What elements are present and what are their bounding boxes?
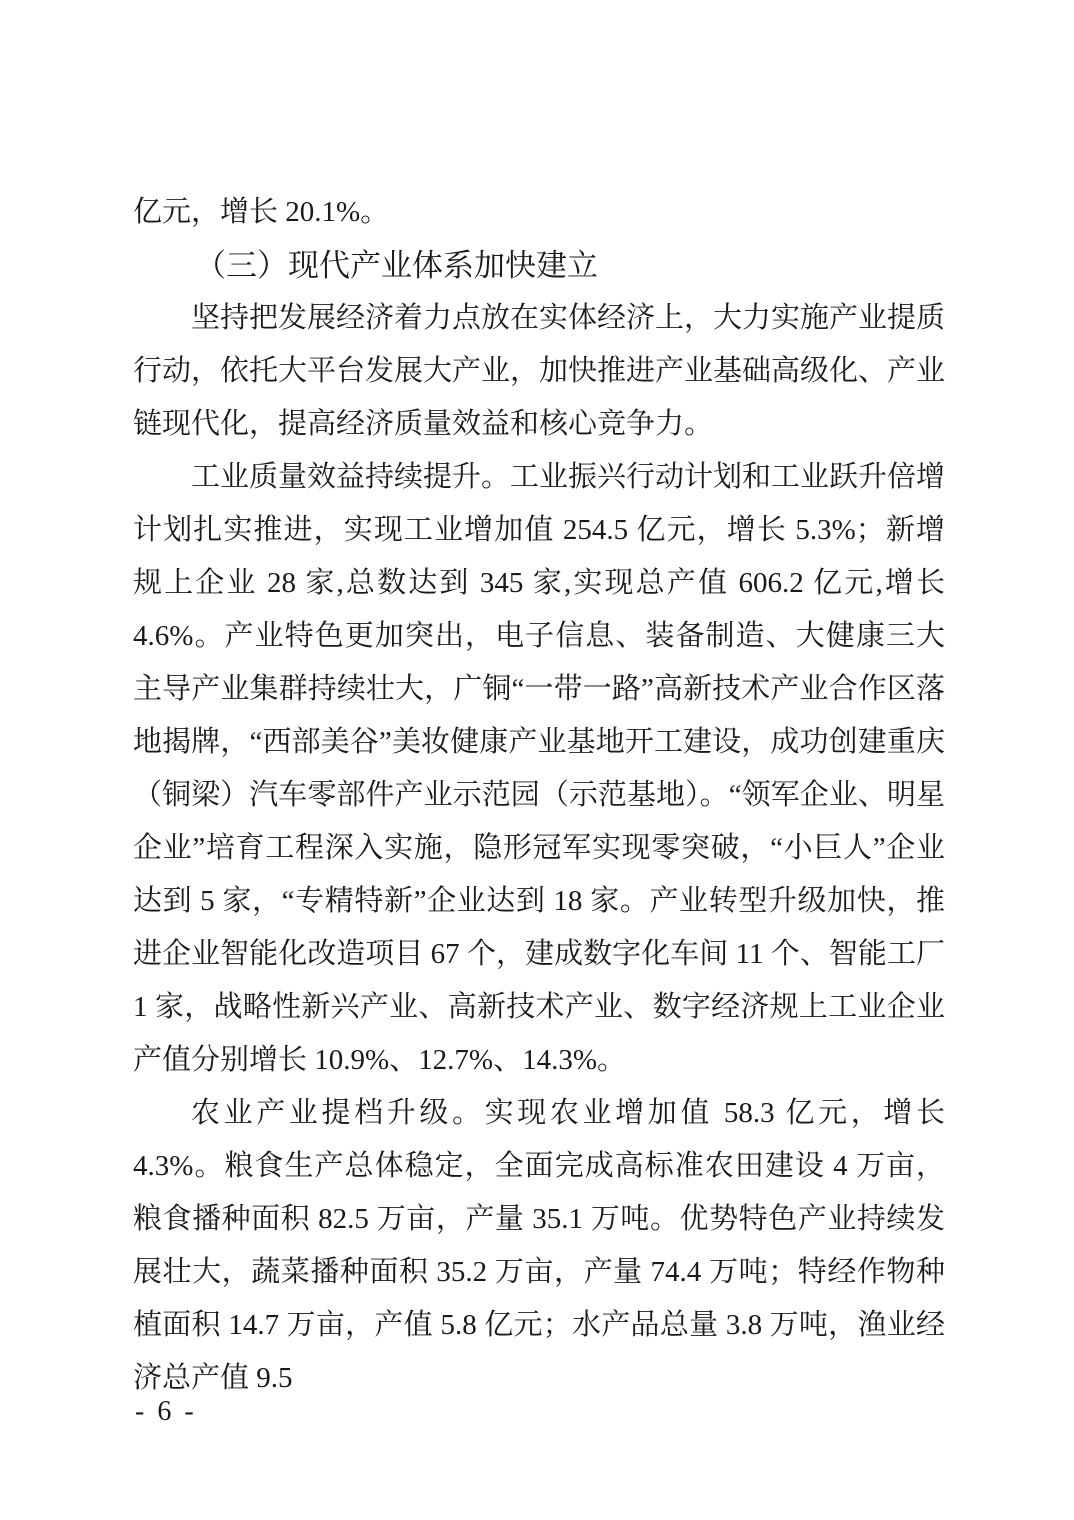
paragraph-continuation: 亿元，增长 20.1%。 [133,186,945,239]
page-number: - 6 - [135,1396,194,1428]
section-heading: （三）现代产业体系加快建立 [133,239,945,292]
paragraph-agriculture: 农业产业提档升级。实现农业增加值 58.3 亿元，增长 4.3%。粮食生产总体稳… [133,1087,945,1405]
document-page: 亿元，增长 20.1%。 （三）现代产业体系加快建立 坚持把发展经济着力点放在实… [0,0,1074,1520]
paragraph-industry: 工业质量效益持续提升。工业振兴行动计划和工业跃升倍增计划扎实推进，实现工业增加值… [133,451,945,1087]
document-body: 亿元，增长 20.1%。 （三）现代产业体系加快建立 坚持把发展经济着力点放在实… [133,186,945,1405]
paragraph-overview: 坚持把发展经济着力点放在实体经济上，大力实施产业提质行动，依托大平台发展大产业，… [133,292,945,451]
